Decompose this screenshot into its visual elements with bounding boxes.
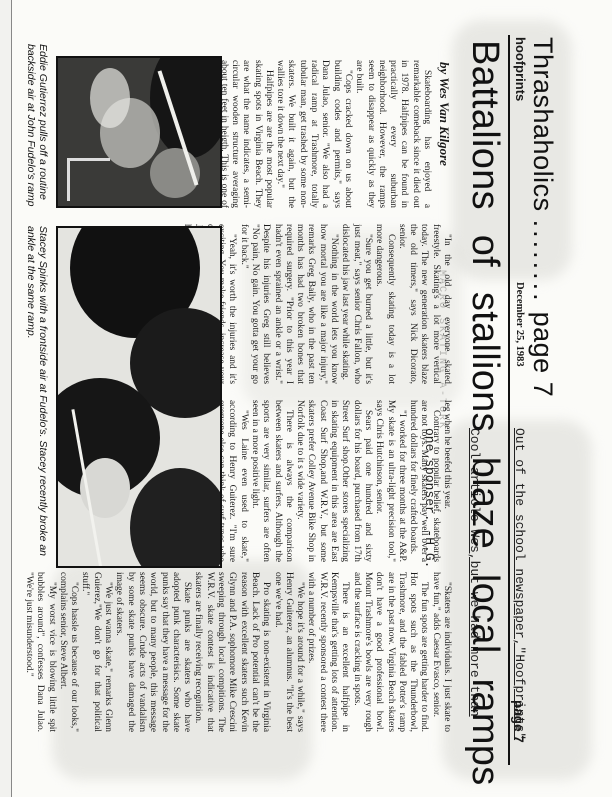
paragraph: "I worked for three months at the A&P. M… [373, 400, 407, 562]
paragraph: "My worst vice is blowing little spit bu… [23, 572, 57, 732]
paragraph: There is always the comparison between s… [249, 400, 294, 562]
paragraph: "Skaters are individuals. I just skate t… [429, 572, 452, 732]
paragraph: Skate punks are skaters who have adopted… [113, 572, 192, 732]
paragraph: "We just wanna skate," remarks Glenn Gui… [79, 572, 113, 732]
photo-caption-2: Stacey Spinks with a frontside air at Fu… [25, 226, 49, 576]
paragraph: Contrary to popular belief, skateboards … [407, 400, 441, 562]
note-line-1: Out of the school newspaper,"Hoofprints" [512, 428, 527, 740]
photo-skater-backside-air [56, 56, 222, 208]
article-column-4: "Skaters are individuals. I just skate t… [23, 572, 452, 732]
header-rule [508, 35, 510, 765]
paragraph: Consequently skating today is a lot more… [373, 224, 396, 384]
page-number: page 7 [511, 700, 526, 743]
article-byline: by Wes Van Kilgore [436, 62, 452, 166]
photo-caption-1: Eddie Gutierrez pulls off a routine back… [25, 44, 49, 212]
paragraph: "Sure you get burned a little, but it's … [339, 224, 373, 384]
paragraph: There is an excellent halfpipe in Kempsv… [305, 572, 350, 732]
paragraph: leg when he beefed this year. [441, 400, 452, 562]
paragraph: Pro skating is non-existent in Virginia … [192, 572, 271, 732]
section-name: hoofprints [513, 37, 528, 101]
paragraph: "In the old day everyone skated freestyl… [396, 224, 452, 384]
paragraph: "Nothing in the world lets you know how … [237, 224, 339, 384]
section-title-text: Thrashaholics [528, 37, 558, 212]
section-title: Thrashaholics ........ page 7 [527, 37, 558, 397]
scan-edge [0, 0, 12, 797]
photo-skater-frontside-air [56, 226, 222, 568]
issue-date: December 25, 1983 [514, 282, 525, 367]
article-headline: Battalions of stallions blaze local ramp… [463, 40, 506, 786]
paragraph: The fun spots are getting harder to find… [350, 572, 429, 732]
paragraph: Sears paid one hundred and sixty dollars… [294, 400, 373, 562]
section-title-page: page 7 [528, 312, 558, 398]
paragraph: "We hope it's around for a while," says … [271, 572, 305, 732]
article-column-1: Skateboarding has enjoyed a remarkable c… [195, 60, 432, 208]
paragraph: "Cops hassle us because of our looks," c… [57, 572, 80, 732]
article-column-3: leg when he beefed this year. Contrary t… [203, 400, 452, 562]
paragraph: "Cops cracked down on us about building … [274, 60, 353, 208]
section-title-dots: ........ [528, 220, 558, 304]
newspaper-page: MACRO SKATING A-TORK Thrashaholics .....… [0, 0, 612, 797]
paragraph: Skateboarding has enjoyed a remarkable c… [353, 60, 432, 208]
